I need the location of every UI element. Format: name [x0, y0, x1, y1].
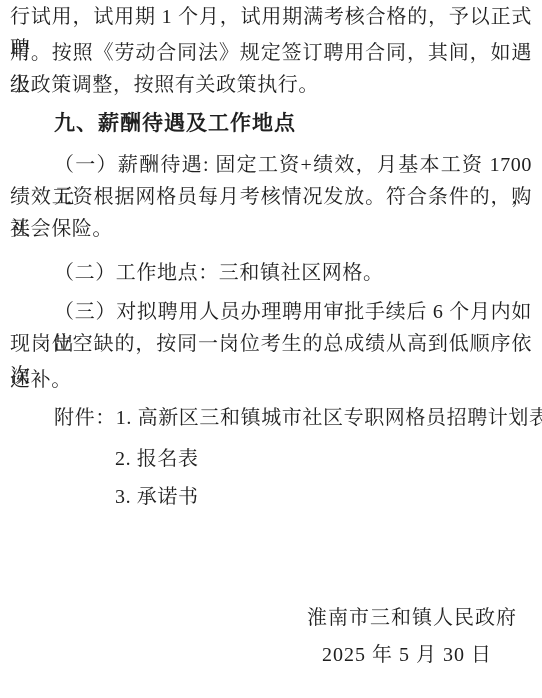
para-location-line-1: （二）工作地点：三和镇社区网格。: [10, 257, 532, 289]
section-heading-nine: 九、薪酬待遇及工作地点: [10, 108, 532, 140]
issuer-signature: 淮南市三和镇人民政府: [10, 602, 532, 634]
issue-date: 2025 年 5 月 30 日: [10, 639, 532, 671]
para-salary-line-2: 绩效工资根据网格员每月考核情况发放。符合条件的，购买: [10, 181, 532, 213]
attachment-item-1: 附件：1. 高新区三和镇城市社区专职网格员招聘计划表: [10, 402, 532, 434]
para-trial-line-3: 级政策调整，按照有关政策执行。: [10, 69, 532, 101]
para-vacancy-line-2: 现岗位空缺的，按同一岗位考生的总成绩从高到低顺序依次: [10, 328, 532, 360]
para-salary-line-3: 社会保险。: [10, 213, 532, 245]
para-trial-line-2: 用。按照《劳动合同法》规定签订聘用合同，其间，如遇上: [10, 37, 532, 69]
para-vacancy-line-1: （三）对拟聘用人员办理聘用审批手续后 6 个月内如出: [10, 296, 532, 328]
document-page: 行试用，试用期 1 个月，试用期满考核合格的，予以正式聘 用。按照《劳动合同法》…: [0, 1, 542, 671]
para-vacancy-line-3: 递补。: [10, 364, 532, 396]
para-salary-line-1: （一）薪酬待遇: 固定工资+绩效，月基本工资 1700 元，: [10, 149, 532, 181]
attachment-item-3: 3. 承诺书: [10, 481, 532, 513]
para-trial-line-1: 行试用，试用期 1 个月，试用期满考核合格的，予以正式聘: [10, 1, 532, 33]
attachment-item-2: 2. 报名表: [10, 443, 532, 475]
